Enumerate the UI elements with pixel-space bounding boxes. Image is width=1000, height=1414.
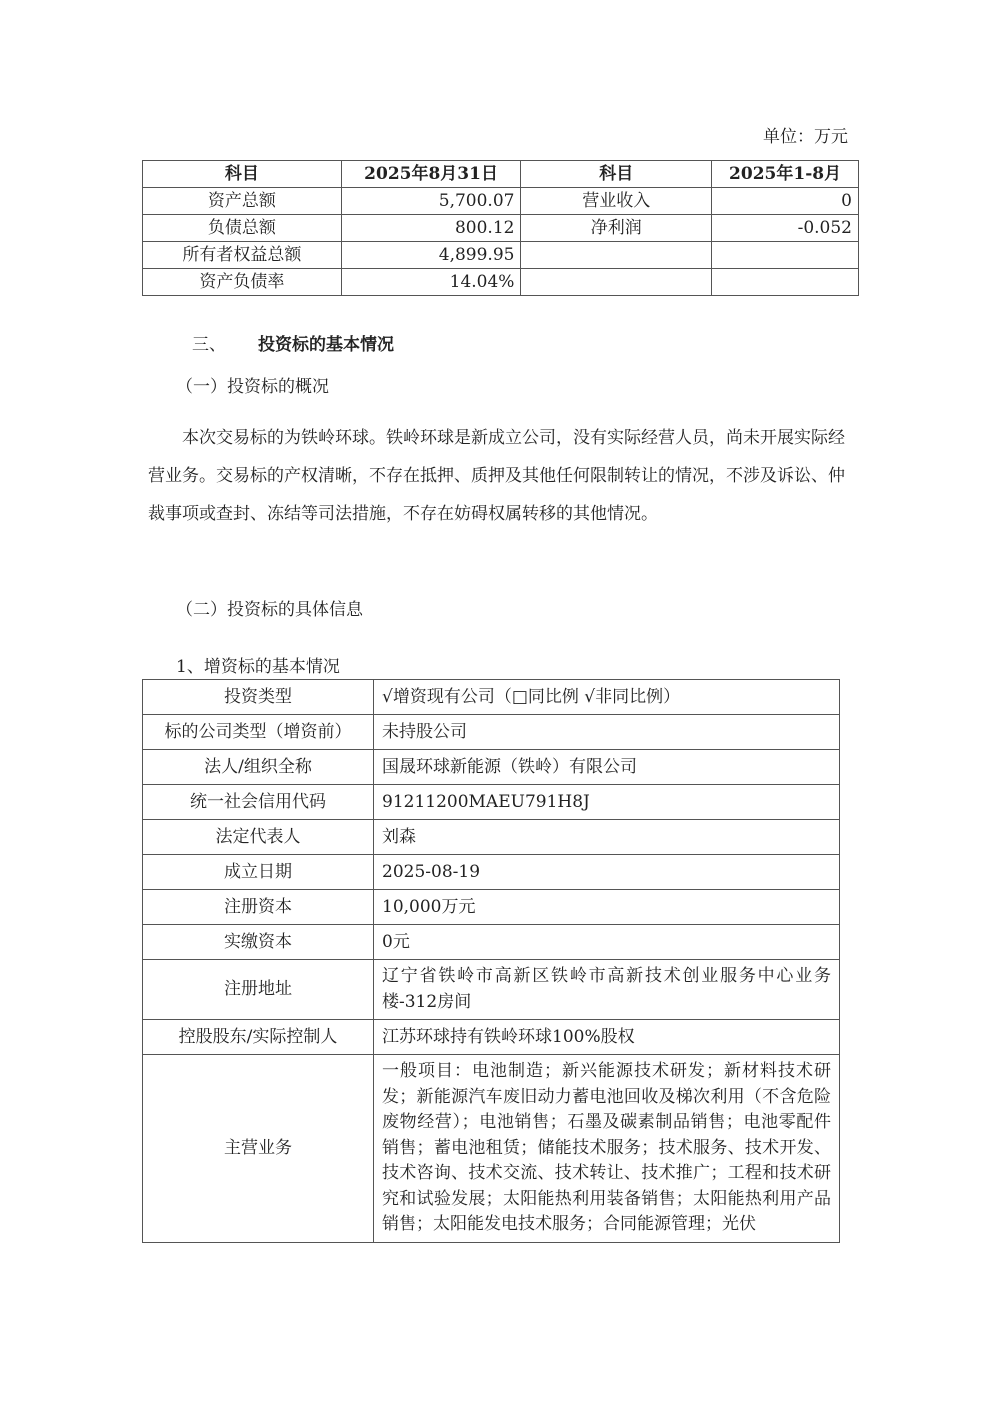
field-value: 2025-08-19 [374,855,840,890]
table-row: 法定代表人刘森 [143,820,840,855]
field-label: 法人/组织全称 [143,750,374,785]
row-label: 所有者权益总额 [143,242,342,269]
table-row: 法人/组织全称国晟环球新能源（铁岭）有限公司 [143,750,840,785]
subsection-heading: （一）投资标的概况 [176,372,329,397]
table-row: 投资类型√增资现有公司（□同比例 √非同比例） [143,680,840,715]
info-table: 投资类型√增资现有公司（□同比例 √非同比例） 标的公司类型（增资前）未持股公司… [142,679,840,1243]
item-heading: 1、增资标的基本情况 [176,652,340,677]
row-label: 资产负债率 [143,269,342,296]
field-value: 91211200MAEU791H8J [374,785,840,820]
field-value: 0元 [374,925,840,960]
section-title: 投资标的基本情况 [258,330,394,355]
field-label: 成立日期 [143,855,374,890]
subsection-heading: （二）投资标的具体信息 [176,595,363,620]
field-label: 注册地址 [143,960,374,1020]
field-label: 法定代表人 [143,820,374,855]
row-label [521,242,712,269]
row-value: -0.052 [712,215,859,242]
table-row: 实缴资本0元 [143,925,840,960]
table-row: 负债总额 800.12 净利润 -0.052 [143,215,859,242]
table-row: 所有者权益总额 4,899.95 [143,242,859,269]
field-label: 标的公司类型（增资前） [143,715,374,750]
field-value: 刘森 [374,820,840,855]
field-label: 控股股东/实际控制人 [143,1020,374,1055]
field-value: 国晟环球新能源（铁岭）有限公司 [374,750,840,785]
field-value: 未持股公司 [374,715,840,750]
table-row: 资产负债率 14.04% [143,269,859,296]
row-value: 4,899.95 [341,242,521,269]
field-value: 10,000万元 [374,890,840,925]
row-label: 负债总额 [143,215,342,242]
table-row: 控股股东/实际控制人江苏环球持有铁岭环球100%股权 [143,1020,840,1055]
header-cell: 科目 [521,161,712,188]
table-row: 成立日期2025-08-19 [143,855,840,890]
header-cell: 2025年1-8月 [712,161,859,188]
row-value: 800.12 [341,215,521,242]
row-value [712,269,859,296]
table-row: 注册地址辽宁省铁岭市高新区铁岭市高新技术创业服务中心业务楼-312房间 [143,960,840,1020]
financial-table-header: 科目 2025年8月31日 科目 2025年1-8月 [143,161,859,188]
field-label: 投资类型 [143,680,374,715]
field-value: 一般项目：电池制造；新兴能源技术研发；新材料技术研发；新能源汽车废旧动力蓄电池回… [374,1055,840,1243]
section-number: 三、 [192,330,226,355]
financial-table: 科目 2025年8月31日 科目 2025年1-8月 资产总额 5,700.07… [142,160,859,296]
field-value: 江苏环球持有铁岭环球100%股权 [374,1020,840,1055]
field-value: √增资现有公司（□同比例 √非同比例） [374,680,840,715]
row-value: 0 [712,188,859,215]
field-label: 统一社会信用代码 [143,785,374,820]
row-label: 净利润 [521,215,712,242]
field-label: 主营业务 [143,1055,374,1243]
field-label: 实缴资本 [143,925,374,960]
row-label [521,269,712,296]
unit-label: 单位：万元 [763,122,848,147]
table-row: 标的公司类型（增资前）未持股公司 [143,715,840,750]
row-label: 营业收入 [521,188,712,215]
header-cell: 科目 [143,161,342,188]
row-value [712,242,859,269]
row-value: 14.04% [341,269,521,296]
row-value: 5,700.07 [341,188,521,215]
header-cell: 2025年8月31日 [341,161,521,188]
table-row: 统一社会信用代码91211200MAEU791H8J [143,785,840,820]
row-label: 资产总额 [143,188,342,215]
table-row: 资产总额 5,700.07 营业收入 0 [143,188,859,215]
overview-paragraph: 本次交易标的为铁岭环球。铁岭环球是新成立公司，没有实际经营人员，尚未开展实际经营… [148,419,852,533]
table-row: 主营业务一般项目：电池制造；新兴能源技术研发；新材料技术研发；新能源汽车废旧动力… [143,1055,840,1243]
field-value: 辽宁省铁岭市高新区铁岭市高新技术创业服务中心业务楼-312房间 [374,960,840,1020]
field-label: 注册资本 [143,890,374,925]
table-row: 注册资本10,000万元 [143,890,840,925]
